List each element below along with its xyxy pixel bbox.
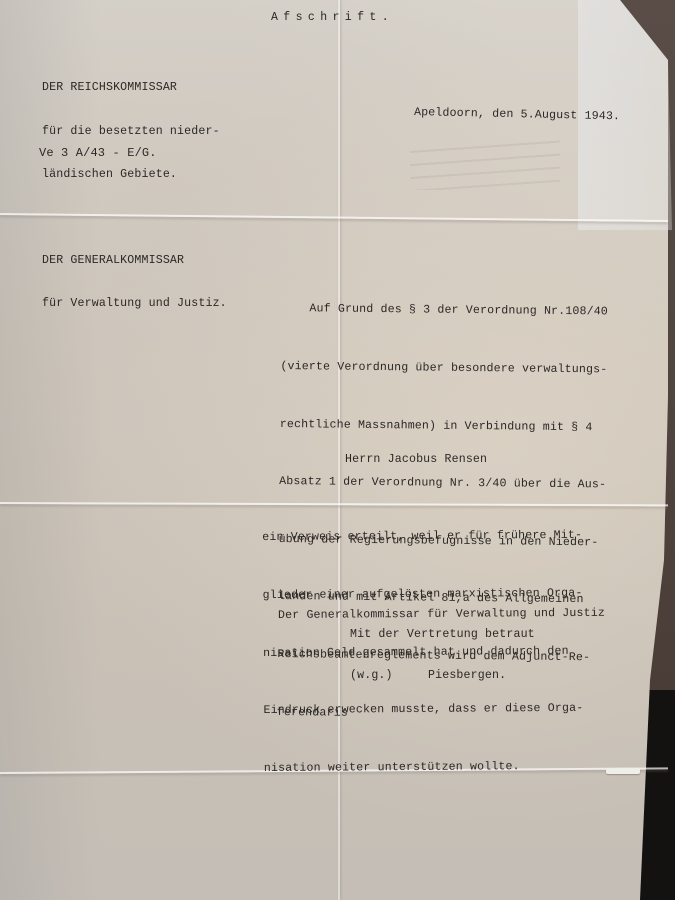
body-line: (vierte Verordnung über besondere verwal… [280, 357, 607, 380]
signature-line: (w.g.)Piesbergen. [350, 669, 506, 684]
body-line: glieder einer aufgelösten marxistischen … [263, 584, 583, 605]
sender-line: für Verwaltung und Justiz. [42, 297, 227, 312]
body-line: Eindruck erwecken musste, dass er diese … [263, 699, 583, 720]
body-line: Auf Grund des § 3 der Verordnung Nr.108/… [281, 299, 608, 322]
body-line: rechtliche Massnahmen) in Verbindung mit… [280, 415, 607, 438]
sender-line: ländischen Gebiete. [42, 168, 227, 183]
paper-tear [606, 768, 640, 774]
body-line: ein Verweis erteilt, weil er für frühere… [262, 526, 582, 547]
signature-name: Piesbergen. [428, 669, 506, 682]
signature-office: Der Generalkommissar für Verwaltung und … [278, 607, 605, 624]
signature-initials: (w.g.) [350, 669, 428, 684]
sender-line: DER GENERALKOMMISSAR [42, 254, 227, 269]
sender-block: DER REICHSKOMMISSAR für die besetzten ni… [42, 52, 227, 326]
sender-line: DER REICHSKOMMISSAR [42, 81, 227, 96]
addressee: Herrn Jacobus Rensen [345, 453, 487, 468]
reference-number: Ve 3 A/43 - E/G. [39, 146, 157, 161]
faint-handwriting [410, 140, 560, 190]
signature-capacity: Mit der Vertretung betraut [350, 628, 535, 643]
sender-line: für die besetzten nieder- [42, 125, 227, 140]
document-title: Afschrift. [271, 11, 394, 26]
body-paragraph-2: ein Verweis erteilt, weil er für frühere… [262, 488, 584, 797]
body-line: nisation Geld gesammelt hat und dadurch … [263, 641, 583, 662]
body-line: nisation weiter unterstützen wollte. [264, 757, 584, 778]
